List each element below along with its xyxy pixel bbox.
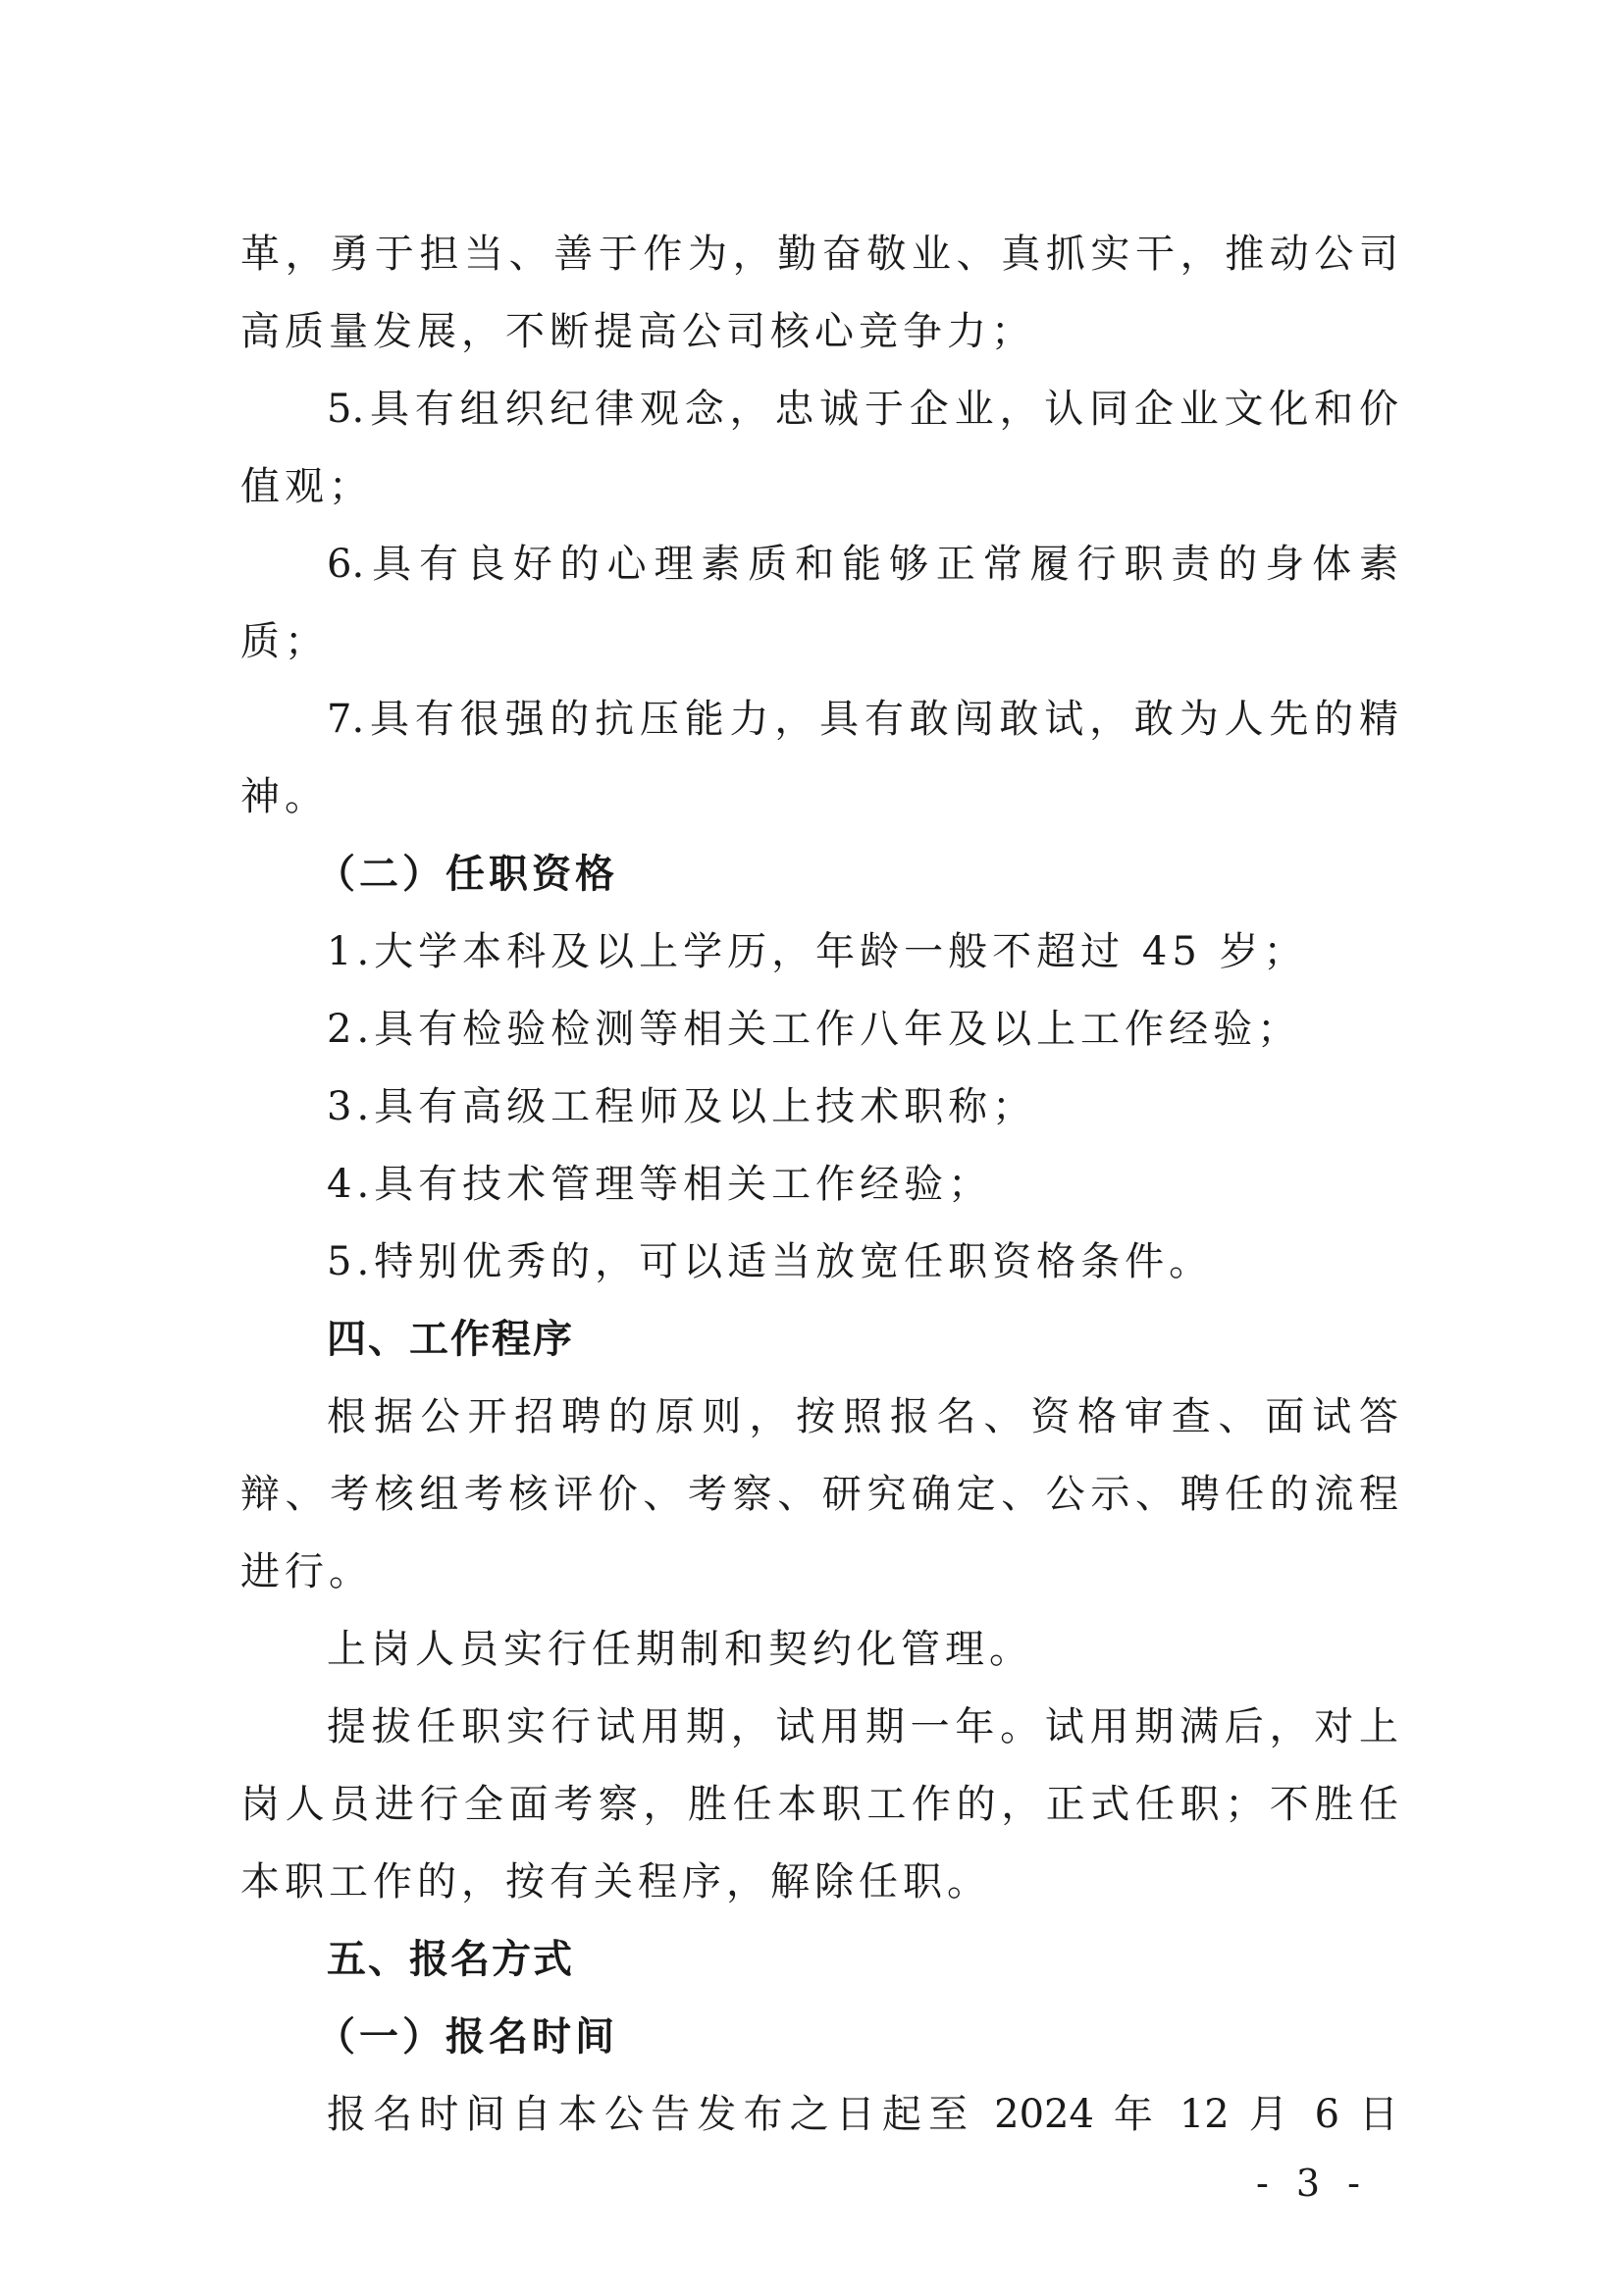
paragraph-line: 上岗人员实行任期制和契约化管理。 [327, 1622, 1398, 1677]
section-subheading-qualifications: （二）任职资格 [316, 847, 1388, 902]
section-subheading-registration-time: （一）报名时间 [316, 2009, 1388, 2064]
qualification-item-4: 4.具有技术管理等相关工作经验； [327, 1157, 1398, 1212]
paragraph-line: 革，勇于担当、善于作为，勤奋敬业、真抓实干，推动公司 [240, 227, 1398, 282]
paragraph-line: 质； [240, 614, 1398, 669]
paragraph-line: 岗人员进行全面考察，胜任本职工作的，正式任职；不胜任 [240, 1777, 1398, 1832]
list-item-5-morality: 5.具有组织纪律观念，忠诚于企业，认同企业文化和价 [327, 382, 1398, 437]
section-heading-registration: 五、报名方式 [327, 1932, 1398, 1987]
paragraph-line: 高质量发展，不断提高公司核心竞争力； [240, 304, 1398, 359]
qualification-item-3: 3.具有高级工程师及以上技术职称； [327, 1079, 1398, 1134]
document-page: 革，勇于担当、善于作为，勤奋敬业、真抓实干，推动公司 高质量发展，不断提高公司核… [0, 0, 1624, 2295]
section-heading-procedure: 四、工作程序 [327, 1312, 1398, 1367]
list-item-7-pressure: 7.具有很强的抗压能力，具有敢闯敢试，敢为人先的精 [327, 692, 1398, 747]
qualification-item-5: 5.特别优秀的，可以适当放宽任职资格条件。 [327, 1234, 1398, 1289]
paragraph-line: 提拔任职实行试用期，试用期一年。试用期满后，对上 [327, 1699, 1398, 1754]
qualification-item-1: 1.大学本科及以上学历，年龄一般不超过 45 岁； [327, 924, 1398, 979]
list-item-6-health: 6.具有良好的心理素质和能够正常履行职责的身体素 [327, 537, 1398, 592]
paragraph-line: 值观； [240, 459, 1398, 514]
paragraph-line: 神。 [240, 769, 1398, 824]
qualification-item-2: 2.具有检验检测等相关工作八年及以上工作经验； [327, 1002, 1398, 1057]
paragraph-line: 辩、考核组考核评价、考察、研究确定、公示、聘任的流程 [240, 1467, 1398, 1522]
paragraph-line: 报名时间自本公告发布之日起至 2024 年 12 月 6 日 [327, 2087, 1398, 2142]
paragraph-line: 进行。 [240, 1544, 1398, 1599]
paragraph-line: 根据公开招聘的原则，按照报名、资格审查、面试答 [327, 1389, 1398, 1444]
page-number: - 3 - [1256, 2159, 1368, 2208]
paragraph-line: 本职工作的，按有关程序，解除任职。 [240, 1854, 1398, 1909]
